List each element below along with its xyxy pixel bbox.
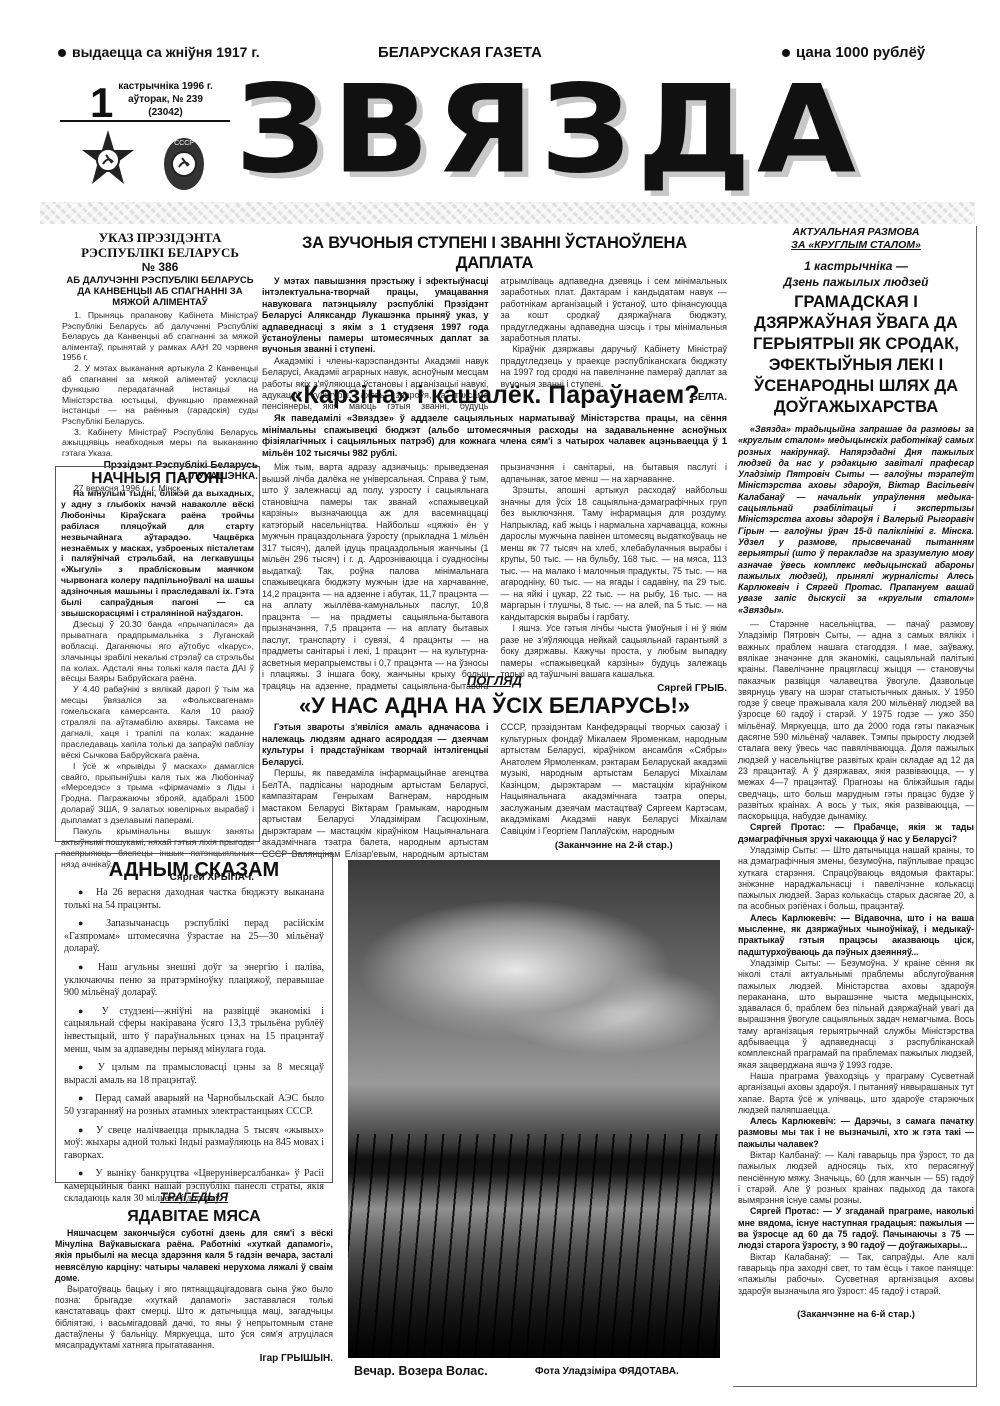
occasion-line: 1 кастрычніка — <box>738 258 974 274</box>
article-body: Між тым, варта адразу адзначыць: прыведз… <box>262 462 727 694</box>
decree-paragraph: 3. Кабінету Міністраў Рэспублікі Беларус… <box>62 427 258 459</box>
occasion-line: Дзень пажылых людзей <box>738 274 974 290</box>
brief-box: АДНЫМ СКАЗАМ На 26 верасня даходная част… <box>55 853 333 1183</box>
article-body: «Звязда» традыцыйна запрашае да размовы … <box>738 424 974 1297</box>
paragraph: Віктар Калабанаў: — Так, сапраўды. Але к… <box>738 1252 974 1297</box>
decree-paragraph: 2. У мэтах выканання артыкула 2 Канвенцы… <box>62 363 258 427</box>
question: Алесь Карлюкевіч: — Відавочна, што і на … <box>738 913 974 958</box>
paragraph: Выратоўваць бацьку і яго пятнаццацігадов… <box>55 1284 333 1351</box>
paragraph: Віктар Калбанаў: — Калі гаварыць пра ўзр… <box>738 1150 974 1206</box>
rubric-line: ЗА «КРУГЛЫМ СТАЛОМ» <box>738 239 974 252</box>
order-ussr-icon: СССР <box>160 132 208 194</box>
ornament-band <box>40 202 975 224</box>
continued-note: (Заканчэнне на 2-й стар.) <box>501 840 728 852</box>
issue-total-number: (23042) <box>118 106 213 119</box>
article-body: Гэтыя звароты з'явіліся амаль адначасова… <box>262 722 727 860</box>
decree-body: 1. Прыняць прапанову Кабінета Міністраў … <box>62 310 258 458</box>
decree-subject: АБ ДАЛУЧЭННІ РЭСПУБЛІКІ БЕЛАРУСЬ ДА КАНВ… <box>62 275 258 308</box>
headline: ЗА ВУЧОНЫЯ СТУПЕНІ І ЗВАННІ ЎСТАНОЎЛЕНА … <box>262 233 727 273</box>
issue-day: 1 <box>90 82 113 124</box>
brief-item: Перад самай аварыяй на Чарнобыльскай АЭС… <box>64 1092 324 1118</box>
occasion: 1 кастрычніка — Дзень пажылых людзей <box>738 258 974 290</box>
paragraph: — Старэнне насельніцтва, — пачаў размову… <box>738 619 974 822</box>
article-roundtable: АКТУАЛЬНАЯ РАЗМОВА ЗА «КРУГЛЫМ СТАЛОМ» 1… <box>738 226 974 1320</box>
photo-reeds <box>348 1134 720 1358</box>
paragraph: І ўсё ж «прывіды ў масках» дамагліся сва… <box>61 761 254 826</box>
lead-paragraph: Няшчасцем закончыўся суботні дзень для с… <box>55 1228 333 1284</box>
rubric-line: АКТУАЛЬНАЯ РАЗМОВА <box>738 226 974 239</box>
decree-paragraph: 1. Прыняць прапанову Кабінета Міністраў … <box>62 310 258 363</box>
author-byline: Ігар ГРЫШЫН. <box>55 1353 333 1364</box>
photo-caption: Вечар. Возера Волас. <box>354 1364 488 1378</box>
article-body: На мінулым тыдні, бліжэй да выхадных, у … <box>61 488 254 870</box>
paragraph: Зрэшты, апошні артыкул расходаў найбольш… <box>501 485 728 623</box>
brief-item: Запазычанасць рэспублікі перад расійскім… <box>64 917 324 956</box>
brief-list: На 26 верасня даходная частка бюджэту вы… <box>64 886 324 1206</box>
headline: ЯДАВІТАЕ МЯСА <box>55 1206 333 1228</box>
rubric-label: ПОГЛЯД <box>262 673 727 688</box>
newspaper-title: ЗВЯЗДА <box>235 82 950 179</box>
landscape-photo <box>348 860 720 1358</box>
article-meat: ТРАГЕДЫЯ ЯДАВІТАЕ МЯСА Няшчасцем закончы… <box>55 1190 333 1364</box>
brief-item: У студзені—жніўні на развіццё эканомікі … <box>64 1005 324 1056</box>
svg-text:СССР: СССР <box>174 140 194 147</box>
paragraph: Уладзімір Сыты: — Што датычыцца нашай кр… <box>738 845 974 913</box>
issue-date: кастрычніка 1996 г. аўторак, № 239 (2304… <box>118 80 213 119</box>
headline: НАЧНЫЯ ПАГОНІ <box>61 470 254 488</box>
paragraph: Дзесьці ў 20.30 банда «прычапілася» да п… <box>61 619 254 684</box>
brief-item: У свеце налічваецца прыкладна 5 тысяч «ж… <box>64 1124 324 1163</box>
brief-item: У цэлым па прамысловасці цэны за 8 месяц… <box>64 1061 324 1087</box>
order-patriotic-war-icon <box>78 128 138 194</box>
masthead-since: выдаецца са жніўня 1917 г. <box>58 44 260 60</box>
lead-paragraph: Як паведамілі «Звяздзе» ў аддзеле сацыял… <box>262 413 727 459</box>
paragraph: Наша праграма ўваходзіць у праграму Сусв… <box>738 1071 974 1116</box>
paragraph: У 4.40 рабаўнікі з вялікай дарогі ў тым … <box>61 684 254 760</box>
roundtable-rubric: АКТУАЛЬНАЯ РАЗМОВА ЗА «КРУГЛЫМ СТАЛОМ» <box>738 226 974 252</box>
article-body: Няшчасцем закончыўся суботні дзень для с… <box>55 1228 333 1351</box>
article-belarus: ПОГЛЯД «У НАС АДНА НА ЎСІХ БЕЛАРУСЬ!» Гэ… <box>262 673 727 860</box>
question: Сяргей Протас: — Прабачце, якія ж тады д… <box>738 822 974 845</box>
continued-note: (Заканчэнне на 6-й стар.) <box>738 1309 974 1320</box>
headline: «Карзіна» і кашалёк. Параўнаем? <box>262 380 727 410</box>
decree-number: № 386 <box>62 260 258 274</box>
article-basket: «Карзіна» і кашалёк. Параўнаем? Як павед… <box>262 380 727 694</box>
lead-paragraph: «Звязда» традыцыйна запрашае да размовы … <box>738 424 974 616</box>
decree-title: УКАЗ ПРЭЗІДЭНТА <box>62 230 258 245</box>
decree-title-2: РЭСПУБЛІКІ БЕЛАРУСЬ <box>62 245 258 260</box>
question: Сяргей Протас: — У згаданай праграме, на… <box>738 1206 974 1251</box>
rubric-label: ТРАГЕДЫЯ <box>55 1190 333 1204</box>
since-text: выдаецца са жніўня 1917 г. <box>72 44 260 60</box>
lead-paragraph: Гэтыя звароты з'явіліся амаль адначасова… <box>262 722 489 768</box>
divider <box>60 120 230 122</box>
paragraph: Уладзімір Сыты: — Безумоўна. У краіне сё… <box>738 958 974 1071</box>
issue-date-line: кастрычніка 1996 г. <box>118 80 213 93</box>
question: Алесь Карлюкевіч: — Дарэчы, з самага пач… <box>738 1116 974 1150</box>
photo-credit: Фота Уладзіміра ФЯДОТАВА. <box>535 1366 679 1377</box>
headline: ГРАМАДСКАЯ І ДЗЯРЖАЎНАЯ ЎВАГА ДА ГЕРЫЯТР… <box>738 292 974 418</box>
brief-item: На 26 верасня даходная частка бюджэту вы… <box>64 886 324 912</box>
headline: АДНЫМ СКАЗАМ <box>64 858 324 882</box>
issue-number: аўторак, № 239 <box>118 93 213 106</box>
decree-block: УКАЗ ПРЭЗІДЭНТА РЭСПУБЛІКІ БЕЛАРУСЬ № 38… <box>62 230 258 494</box>
newspaper-logo: ЗВЯЗДА <box>235 82 950 184</box>
bullet-icon <box>782 49 790 57</box>
article-chase: НАЧНЫЯ ПАГОНІ На мінулым тыдні, бліжэй д… <box>55 466 260 842</box>
bullet-icon <box>58 49 66 57</box>
brief-item: Наш агульны знешні доўг за энергію і пал… <box>64 961 324 1000</box>
headline: «У НАС АДНА НА ЎСІХ БЕЛАРУСЬ!» <box>262 692 727 720</box>
lead-paragraph: У мэтах павышэння прэстыжу і эфектыўнасц… <box>262 276 489 356</box>
lead-paragraph: На мінулым тыдні, бліжэй да выхадных, у … <box>61 488 254 619</box>
